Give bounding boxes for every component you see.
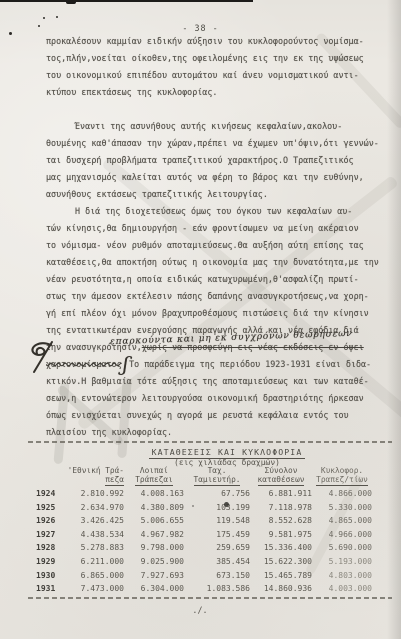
table-cell: 673.150 <box>184 569 250 583</box>
table-row: 19306.865.0007.927.693673.15015.465.7894… <box>36 569 376 583</box>
text-line: στως την άμεσον εκτέλεσιν πάσης δαπάνης … <box>46 288 380 305</box>
ink-blot <box>192 505 194 507</box>
text-line: τος,πλήν,νοείται οίκοθεν,της οφειλομένης… <box>46 50 380 67</box>
text-line: θουμένης καθ'άπασαν την χώραν,πρέπει να … <box>46 135 380 152</box>
table-cell: 2.634.970 <box>62 501 124 515</box>
text-line: γή επί πλέον όχι μόνον βραχυπροθέσμους π… <box>46 305 380 322</box>
table-cell: 4.003.000 <box>312 582 372 596</box>
table-cell: 4.803.000 <box>312 569 372 583</box>
table-cell: 4.865.000 <box>312 514 372 528</box>
paragraph: προκαλέσουν καμμίαν ειδικήν αύξησιν του … <box>46 33 380 101</box>
table-cell: 5.690.000 <box>312 541 372 555</box>
table-cell: 1.083.586 <box>184 582 250 596</box>
table-cell: 4.438.534 <box>62 528 124 542</box>
column-header-line: καταθέσεων <box>258 475 305 486</box>
column-header-line: Ταχ. <box>184 466 250 475</box>
table-cell: 259.659 <box>184 541 250 555</box>
text-line: όπως ενισχύεται συνεχώς η αγορά με ρευστ… <box>46 407 380 424</box>
table-cell: 9.025.900 <box>124 555 184 569</box>
text-line: κτικόν.Η βαθμιαία τότε αύξησις της αποτα… <box>46 373 380 390</box>
table-cell: 6.211.000 <box>62 555 124 569</box>
document-body: προκαλέσουν καμμίαν ειδικήν αύξησιν του … <box>46 33 380 441</box>
column-header-line: 'Εθνική Τρά- <box>62 466 124 475</box>
table-row: 19274.438.5344.967.982175.4599.581.9754.… <box>36 528 376 542</box>
text-line: Έναντι της ασυνήθους αυτής κινήσεως κεφα… <box>46 118 380 135</box>
column-header-line: Σύνολον <box>250 466 312 475</box>
year-cell: 1931 <box>36 582 62 596</box>
table-cell: 2.810.992 <box>62 487 124 501</box>
table-cell: 4.866.000 <box>312 487 372 501</box>
table-cell: 9.581.975 <box>250 528 312 542</box>
column-header-line: Τραπεζ/τίων <box>316 475 368 486</box>
table-cell: 4.966.000 <box>312 528 372 542</box>
scan-top-edge-notch <box>66 0 76 4</box>
year-cell: 1926 <box>36 514 62 528</box>
handwritten-brace-mark: ʃ <box>122 359 128 370</box>
text-line-with-edit: χαρτονομίσματοςʃΤο παράδειγμα της περιόδ… <box>46 356 380 373</box>
dashed-separator <box>28 441 392 443</box>
table-cell: 119.548 <box>184 514 250 528</box>
table-header-row: 'Εθνική Τρά- πεζα Λοιπαί Τράπεζαι Ταχ. Τ… <box>36 466 376 486</box>
text-fragment: Το παράδειγμα της περιόδου 1923-1931 είν… <box>129 359 371 369</box>
column-header-line: πεζα <box>105 475 124 486</box>
table-row: 19296.211.0009.025.900385.45415.622.3005… <box>36 555 376 569</box>
table-cell: 7.473.000 <box>62 582 124 596</box>
column-header: Ταχ. Ταμιευτήρ. <box>184 466 250 486</box>
text-line: τών κίνησις,θα δημιουργήση - εάν φροντίσ… <box>46 220 380 237</box>
ink-speck <box>56 16 58 18</box>
ink-blot <box>224 502 229 507</box>
column-header-spacer <box>36 466 62 486</box>
table-cell: 7.927.693 <box>124 569 184 583</box>
ink-speck <box>43 17 45 19</box>
text-line: κτύπου επεκτάσεως της κυκλοφορίας. <box>46 84 380 101</box>
table-cell: 15.465.789 <box>250 569 312 583</box>
column-header-line: Ταμιευτήρ. <box>194 475 241 486</box>
table-cell: 5.330.000 <box>312 501 372 515</box>
table-cell: 175.459 <box>184 528 250 542</box>
margin-deletion-mark-icon <box>26 339 58 377</box>
column-header-line: Κυκλοφορ. <box>312 466 372 475</box>
year-cell: 1927 <box>36 528 62 542</box>
column-header: Λοιπαί Τράπεζαι <box>124 466 184 486</box>
table-cell: 3.426.425 <box>62 514 124 528</box>
paper-right-shadow <box>387 0 401 639</box>
table-row: 19285.278.8839.798.000259.65915.336.4005… <box>36 541 376 555</box>
table-body: 19242.810.9924.008.16367.7566.881.9114.8… <box>36 487 376 596</box>
table-cell: 67.756 <box>184 487 250 501</box>
table-row: 19263.426.4255.006.655119.5488.552.6284.… <box>36 514 376 528</box>
table-cell: 6.881.911 <box>250 487 312 501</box>
continuation-mark: ./. <box>180 605 220 615</box>
text-line: καταθέσεις,θα αποκτήση ούτως η οικονομία… <box>46 254 380 271</box>
table-cell: 7.118.978 <box>250 501 312 515</box>
table-cell: 14.860.936 <box>250 582 312 596</box>
text-line: του οικονομικού επιπέδου αυτομάτου καί ά… <box>46 67 380 84</box>
column-header: Σύνολον καταθέσεων <box>250 466 312 486</box>
page-number: - 38 - <box>0 23 401 33</box>
table-row: 19242.810.9924.008.16367.7566.881.9114.8… <box>36 487 376 501</box>
scanned-document-page: - 38 - προκαλέσουν καμμίαν ειδικήν αύξησ… <box>0 0 401 639</box>
blank-line <box>46 101 380 118</box>
dashed-separator <box>28 597 392 599</box>
table-cell: 15.336.400 <box>250 541 312 555</box>
text-line: το νόμισμα- νέον ρυθμόν αποταμιεύσεως.Θα… <box>46 237 380 254</box>
table-cell: 5.278.883 <box>62 541 124 555</box>
text-line: νέαν ρευστότητα,η οποία ειδικώς κατωχυρω… <box>46 271 380 288</box>
paragraph: Η διά της διοχετεύσεως όμως του όγκου τω… <box>46 203 380 339</box>
text-line: Η διά της διοχετεύσεως όμως του όγκου τω… <box>46 203 380 220</box>
year-cell: 1930 <box>36 569 62 583</box>
table-cell: 5.193.000 <box>312 555 372 569</box>
table-cell: 6.304.000 <box>124 582 184 596</box>
text-line-with-edit: την ανασυγκρότησιν,χωρίς να προσφεύγη ει… <box>46 339 380 356</box>
year-cell: 1925 <box>36 501 62 515</box>
table-title: ΚΑΤΑΘΕΣΕΙΣ ΚΑΙ ΚΥΚΛΟΦΟΡΙΑ <box>107 447 347 457</box>
column-header-line: Τράπεζαι <box>135 475 173 486</box>
year-cell: 1929 <box>36 555 62 569</box>
table-cell: 385.454 <box>184 555 250 569</box>
column-header-line: Λοιπαί <box>124 466 184 475</box>
table-cell: 103.199 <box>184 501 250 515</box>
table-cell: 5.006.655 <box>124 514 184 528</box>
table-cell: 4.967.982 <box>124 528 184 542</box>
text-line: πλαισίου της κυκλοφορίας. <box>46 424 380 441</box>
year-cell: 1924 <box>36 487 62 501</box>
table-cell: 15.622.300 <box>250 555 312 569</box>
scan-top-edge <box>0 0 253 2</box>
year-cell: 1928 <box>36 541 62 555</box>
table-cell: 4.008.163 <box>124 487 184 501</box>
text-line: σεων,η εντονώτερον λειτουργούσα οικονομι… <box>46 390 380 407</box>
column-header: 'Εθνική Τρά- πεζα <box>62 466 124 486</box>
table-cell: 4.380.809 <box>124 501 184 515</box>
table-cell: 6.865.000 <box>62 569 124 583</box>
column-header: Κυκλοφορ. Τραπεζ/τίων <box>312 466 372 486</box>
text-line: ται δυσχερή προβλήματα τραπεζιτικού χαρα… <box>46 152 380 169</box>
text-line: μας μηχανισμός καλείται αυτός να φέρη το… <box>46 169 380 186</box>
table-row: 19317.473.0006.304.0001.083.58614.860.93… <box>36 582 376 596</box>
paragraph: Έναντι της ασυνήθους αυτής κινήσεως κεφα… <box>46 118 380 203</box>
table-row: 19252.634.9704.380.809103.1997.118.9785.… <box>36 501 376 515</box>
text-line: ασυνήθους εκτάσεως τραπεζιτικής λειτουργ… <box>46 186 380 203</box>
text-line: προκαλέσουν καμμίαν ειδικήν αύξησιν του … <box>46 33 380 50</box>
paragraph: κτικόν.Η βαθμιαία τότε αύξησις της αποτα… <box>46 373 380 441</box>
table-cell: 9.798.000 <box>124 541 184 555</box>
table-cell: 8.552.628 <box>250 514 312 528</box>
